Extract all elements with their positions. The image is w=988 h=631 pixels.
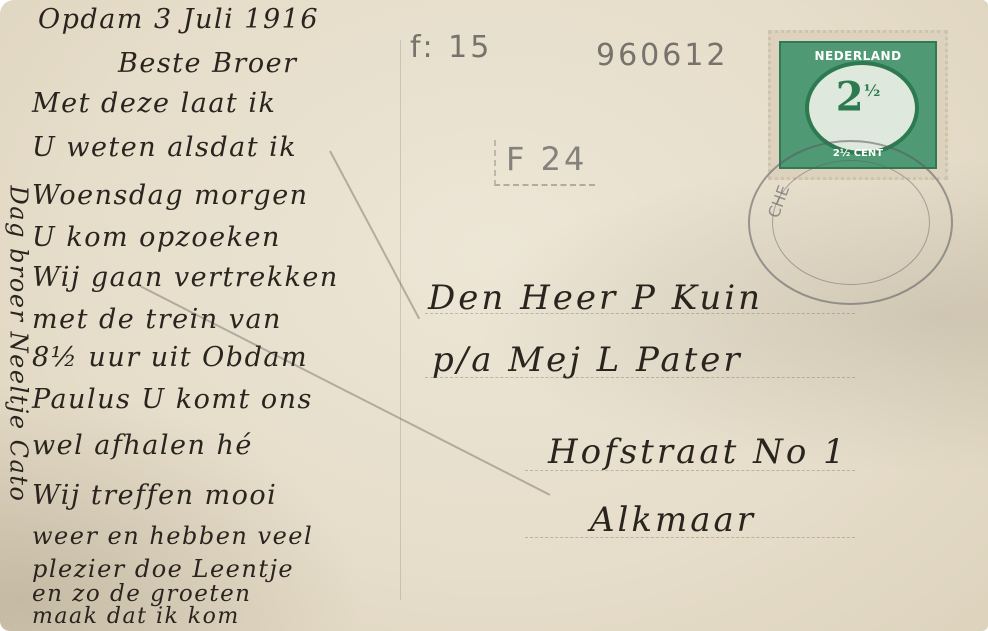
message-line: maak dat ik kom — [32, 604, 240, 629]
message-line: U kom opzoeken — [32, 222, 281, 253]
center-divider — [400, 40, 401, 600]
message-line: wel afhalen hé — [32, 430, 253, 461]
pencil-stroke — [329, 151, 420, 320]
message-line: 8½ uur uit Obdam — [32, 342, 308, 373]
message-line: Paulus U komt ons — [32, 384, 313, 415]
pencil-note-top-left: f: 15 — [410, 30, 492, 65]
message-line: U weten alsdat ik — [32, 132, 297, 163]
message-line: weer en hebben veel — [32, 522, 313, 550]
address-rule — [525, 470, 855, 471]
stamp-value: 2½ — [781, 71, 935, 117]
address-rule — [425, 377, 855, 378]
address-line-4: Alkmaar — [590, 500, 756, 540]
message-line: met de trein van — [32, 304, 282, 335]
place-date: Opdam 3 Juli 1916 — [38, 4, 319, 35]
address-rule — [525, 537, 855, 538]
address-line-3: Hofstraat No 1 — [548, 432, 848, 472]
message-line: plezier doe Leentje — [32, 555, 294, 583]
address-rule — [425, 313, 855, 314]
message-line: Wij gaan vertrekken — [32, 262, 339, 293]
address-line-1: Den Heer P Kuin — [428, 278, 763, 318]
postcard: Opdam 3 Juli 1916 Beste Broer Met deze l… — [0, 0, 988, 631]
boxed-code: F 24 — [494, 140, 595, 186]
vertical-margin-note: Dag broer Neeltje Cato — [4, 186, 32, 503]
salutation: Beste Broer — [118, 48, 297, 79]
reference-number: 960612 — [596, 38, 729, 73]
postmark: CHE — [748, 140, 953, 305]
address-line-2: p/a Mej L Pater — [432, 340, 743, 380]
message-line: Woensdag morgen — [32, 180, 309, 211]
stamp-country: NEDERLAND — [781, 49, 935, 63]
message-line: Met deze laat ik — [32, 88, 276, 119]
message-line: Wij treffen mooi — [32, 480, 277, 511]
